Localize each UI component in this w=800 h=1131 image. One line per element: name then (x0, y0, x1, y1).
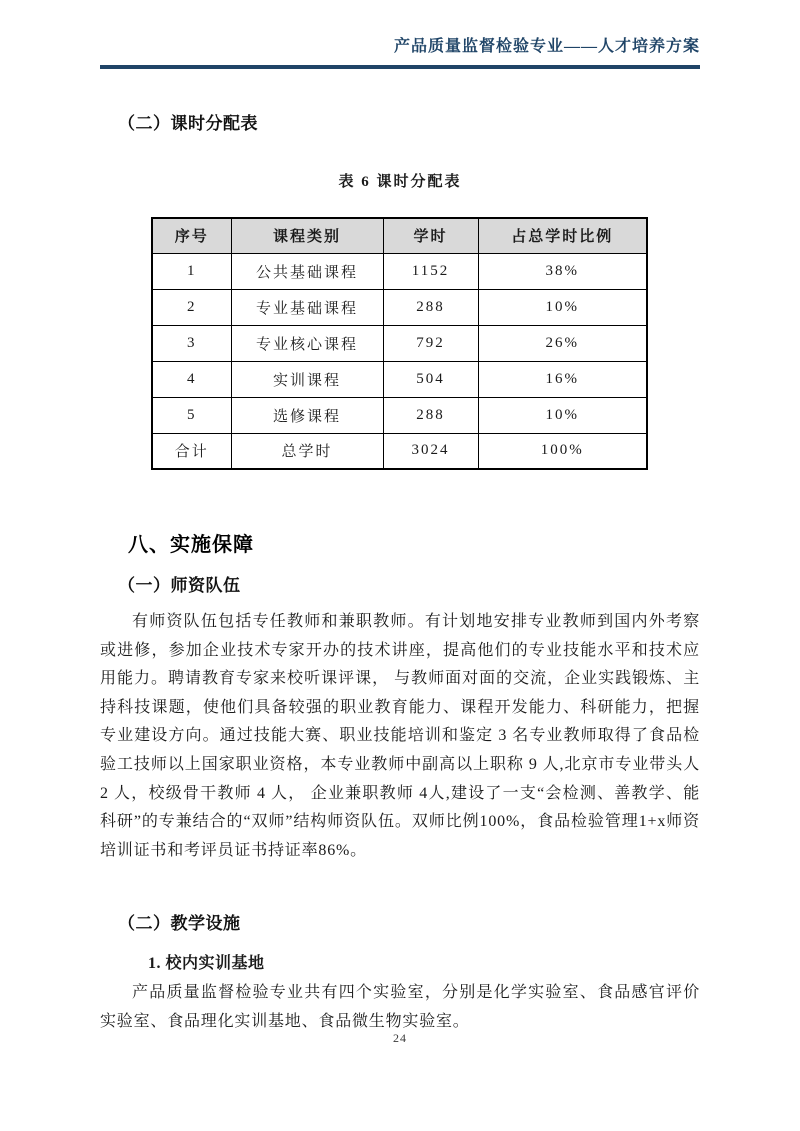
table-cell: 总学时 (231, 433, 383, 469)
table-cell: 1152 (383, 253, 478, 289)
table-cell: 公共基础课程 (231, 253, 383, 289)
table-row: 5选修课程28810% (152, 397, 647, 433)
table-header-cell: 序号 (152, 218, 231, 253)
page-number: 24 (0, 1031, 800, 1046)
table-cell: 10% (478, 289, 647, 325)
item-heading-campus-training-base: 1. 校内实训基地 (148, 950, 700, 973)
table-cell: 2 (152, 289, 231, 325)
table-cell: 合计 (152, 433, 231, 469)
table-cell: 1 (152, 253, 231, 289)
table-header-cell: 学时 (383, 218, 478, 253)
table-cell: 3 (152, 325, 231, 361)
header-title: 产品质量监督检验专业——人才培养方案 (100, 36, 700, 58)
table-row: 合计总学时3024100% (152, 433, 647, 469)
table-cell: 专业核心课程 (231, 325, 383, 361)
table-cell: 288 (383, 289, 478, 325)
table-cell: 792 (383, 325, 478, 361)
subsection-heading-teaching-facilities: （二）教学设施 (118, 909, 700, 934)
table-row: 1公共基础课程115238% (152, 253, 647, 289)
hours-allocation-table: 序号课程类别学时占总学时比例1公共基础课程115238%2专业基础课程28810… (151, 217, 648, 470)
facilities-paragraph: 产品质量监督检验专业共有四个实验室，分别是化学实验室、食品感官评价实验室、食品理… (100, 979, 700, 1036)
table-cell: 100% (478, 433, 647, 469)
table-cell: 504 (383, 361, 478, 397)
table-cell: 3024 (383, 433, 478, 469)
document-header: 产品质量监督检验专业——人才培养方案 (100, 36, 700, 69)
table-cell: 5 (152, 397, 231, 433)
table-caption: 表 6 课时分配表 (100, 170, 700, 191)
faculty-paragraph: 有师资队伍包括专任教师和兼职教师。有计划地安排专业教师到国内外考察或进修，参加企… (100, 608, 700, 865)
table-row: 4实训课程50416% (152, 361, 647, 397)
document-body: （二）课时分配表 表 6 课时分配表 序号课程类别学时占总学时比例1公共基础课程… (100, 109, 700, 1037)
table-cell: 288 (383, 397, 478, 433)
table-header-cell: 占总学时比例 (478, 218, 647, 253)
table-header-row: 序号课程类别学时占总学时比例 (152, 218, 647, 253)
table-cell: 实训课程 (231, 361, 383, 397)
section-heading-hours-allocation: （二）课时分配表 (118, 109, 700, 134)
section-heading-implementation-guarantee: 八、实施保障 (128, 528, 700, 557)
document-page: 产品质量监督检验专业——人才培养方案 （二）课时分配表 表 6 课时分配表 序号… (0, 0, 800, 1131)
table-cell: 38% (478, 253, 647, 289)
subsection-heading-faculty: （一）师资队伍 (118, 571, 700, 596)
header-double-rule (100, 65, 700, 69)
table-cell: 16% (478, 361, 647, 397)
table-cell: 4 (152, 361, 231, 397)
table-row: 3专业核心课程79226% (152, 325, 647, 361)
table-cell: 10% (478, 397, 647, 433)
table-header-cell: 课程类别 (231, 218, 383, 253)
table-cell: 专业基础课程 (231, 289, 383, 325)
table-cell: 选修课程 (231, 397, 383, 433)
table-row: 2专业基础课程28810% (152, 289, 647, 325)
table-cell: 26% (478, 325, 647, 361)
